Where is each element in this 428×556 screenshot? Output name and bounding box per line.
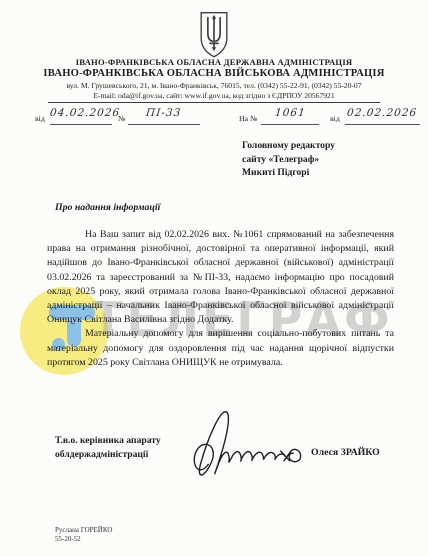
ukraine-trident-icon xyxy=(193,11,235,59)
recipient-block: Головному редактору сайту «Телеграф» Мик… xyxy=(242,139,335,180)
signer-title-line1: Т.в.о. керівника апарату xyxy=(55,434,161,448)
body-paragraph-1: На Ваш запит від 02.02.2026 вих. №1061 с… xyxy=(47,228,394,327)
org-contacts: E-mail: oda@if.gov.ua, сайт: www.if.gov.… xyxy=(0,91,428,100)
org-name-military: ІВАНО-ФРАНКІВСЬКА ОБЛАСНА ВІЙСЬКОВА АДМІ… xyxy=(0,68,428,79)
executor-block: Руслана ГОРЕЙКО 55-20-52 xyxy=(55,526,112,543)
ref-number-label: № xyxy=(118,114,125,123)
org-address: вул. М. Грушевського, 21, м. Івано-Франк… xyxy=(0,81,428,90)
recipient-line: сайту «Телеграф» xyxy=(242,153,335,167)
ref-reply-number-handwritten: 1061 xyxy=(274,107,306,119)
signer-title-line2: облдержадміністрації xyxy=(55,448,161,462)
handwritten-signature xyxy=(188,405,308,497)
org-name-state: ІВАНО-ФРАНКІВСЬКА ОБЛАСНА ДЕРЖАВНА АДМІН… xyxy=(0,57,428,67)
letterhead-divider xyxy=(48,102,380,103)
body-paragraph-2: Матеріальну допомогу для вирішення соціа… xyxy=(47,327,394,370)
executor-name: Руслана ГОРЕЙКО xyxy=(55,526,112,535)
recipient-line: Микиті Підгорі xyxy=(242,166,335,180)
ref-number-handwritten: ПІ-33 xyxy=(146,107,182,119)
subject-line: Про надання інформації xyxy=(55,202,160,213)
ref-reply-label: На № xyxy=(239,114,257,123)
ref-reply-from-label: від xyxy=(330,114,340,123)
signer-title: Т.в.о. керівника апарату облдержадмініст… xyxy=(55,434,161,462)
recipient-line: Головному редактору xyxy=(242,139,335,153)
letter-body: На Ваш запит від 02.02.2026 вих. №1061 с… xyxy=(47,228,394,370)
letterhead: ІВАНО-ФРАНКІВСЬКА ОБЛАСНА ДЕРЖАВНА АДМІН… xyxy=(0,57,428,103)
document-page: ІВАНО-ФРАНКІВСЬКА ОБЛАСНА ДЕРЖАВНА АДМІН… xyxy=(0,0,428,556)
ref-from-date-handwritten: 04.02.2026 xyxy=(49,107,120,119)
signer-name: Олеся ЗРАЙКО xyxy=(311,447,380,458)
reference-row: від 04.02.2026 № ПІ-33 На № 1061 від 02.… xyxy=(0,107,428,129)
ref-reply-date-handwritten: 02.02.2026 xyxy=(347,107,418,119)
executor-phone: 55-20-52 xyxy=(55,535,112,544)
ref-from-label: від xyxy=(35,114,45,123)
